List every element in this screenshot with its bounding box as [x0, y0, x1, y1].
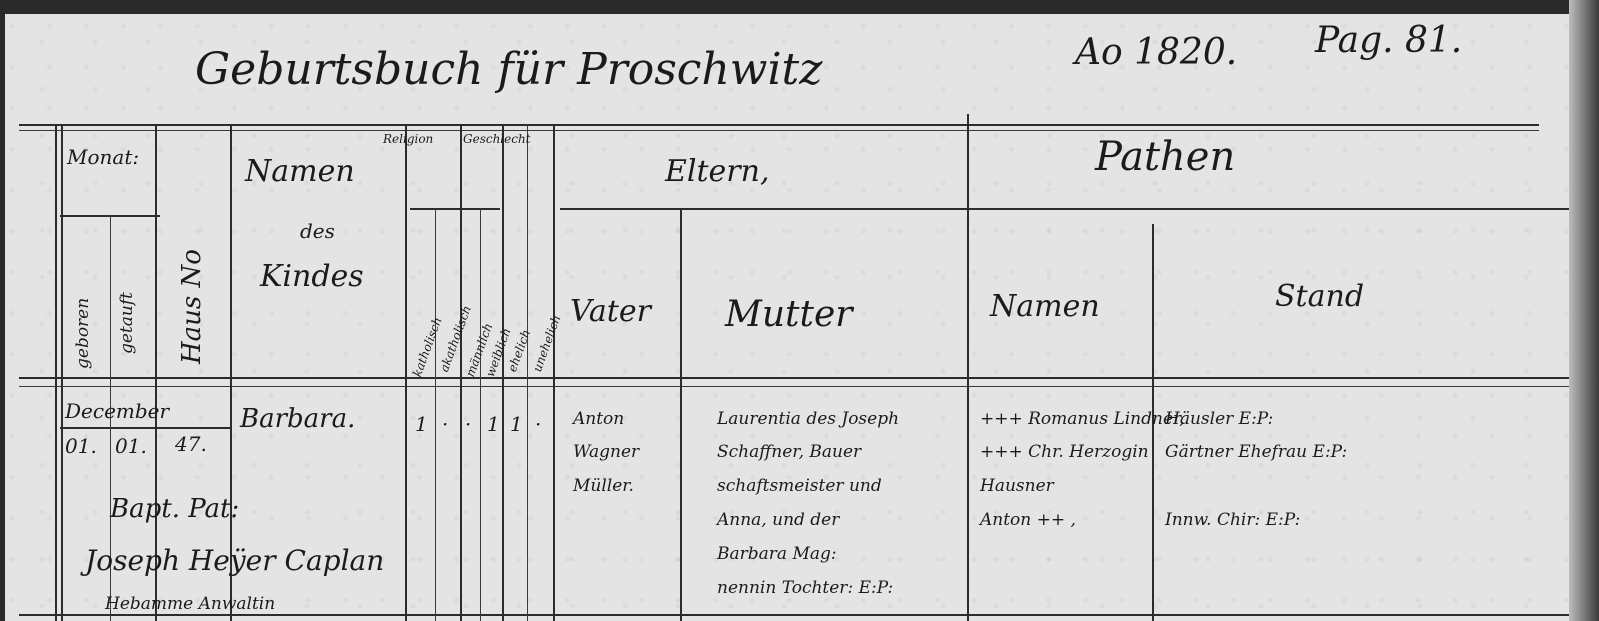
- des-header: des: [300, 219, 335, 243]
- getauft-header: getauft: [117, 292, 137, 354]
- header-bottom-rule: [19, 377, 1579, 379]
- monat-header: Monat:: [67, 142, 147, 172]
- page-label: Pag. 81.: [1315, 20, 1462, 61]
- eltern-header: Eltern,: [665, 154, 770, 189]
- vater-header: Vater: [570, 294, 651, 329]
- entry-child-name: Barbara.: [240, 404, 355, 434]
- mother-line-2: Schaffner, Bauer: [717, 442, 861, 462]
- register-title: Geburtsbuch für Proschwitz: [195, 44, 822, 95]
- pathen-header: Pathen: [1095, 134, 1235, 180]
- kindes-header: Kindes: [260, 259, 364, 294]
- year-label: Ao 1820.: [1075, 32, 1237, 73]
- entry-month: December: [65, 399, 169, 423]
- header-top-rule: [19, 124, 1539, 126]
- register-page: Geburtsbuch für Proschwitz Ao 1820. Pag.…: [5, 14, 1573, 621]
- pathen-stand-header: Stand: [1275, 279, 1364, 314]
- sub-col-unehelich: unehelich: [530, 313, 564, 374]
- mark-katholisch: 1: [415, 412, 428, 436]
- religion-header: Religion: [383, 132, 433, 146]
- baptized-by-label: Bapt. Pat:: [110, 494, 239, 524]
- col-rule: [527, 124, 528, 621]
- col-rule: [480, 208, 481, 621]
- godparent-name-3: Hausner: [980, 476, 1054, 496]
- mark-maennlich: ·: [465, 412, 471, 436]
- mark-weiblich: 1: [487, 412, 500, 436]
- col-rule: [61, 124, 63, 621]
- entry-bottom-rule: [19, 614, 1579, 616]
- mother-line-4: Anna, und der: [717, 510, 839, 530]
- pathen-namen-header: Namen: [990, 289, 1100, 324]
- header-bottom-rule-2: [19, 386, 1579, 387]
- entry-born-day: 01.: [65, 434, 97, 458]
- baptized-by-line2: Hebamme Anwaltin: [105, 594, 275, 614]
- religion-sub-rule: [410, 208, 500, 210]
- col-rule: [553, 124, 555, 621]
- col-rule: [967, 114, 969, 621]
- mark-unehelich: ·: [535, 412, 541, 436]
- geschlecht-header: Geschlecht: [463, 132, 531, 146]
- mother-line-3: schaftsmeister und: [717, 476, 882, 496]
- eltern-pathen-sub-rule: [560, 208, 1570, 210]
- godparent-name-1: +++ Romanus Lindner,: [980, 409, 1185, 429]
- mother-line-5: Barbara Mag:: [717, 544, 837, 564]
- mark-ehelich: 1: [510, 412, 523, 436]
- mutter-header: Mutter: [725, 294, 853, 335]
- godparent-status-2: Gärtner Ehefrau E:P:: [1165, 442, 1347, 462]
- col-rule: [460, 124, 462, 621]
- page-binding-edge: [1569, 0, 1599, 621]
- father-line-2: Wagner: [573, 442, 639, 462]
- col-rule: [435, 208, 436, 621]
- col-rule: [405, 124, 407, 621]
- haus-nr-header: Haus No: [177, 249, 207, 364]
- col-rule: [55, 124, 57, 621]
- header-top-rule-2: [19, 130, 1539, 131]
- entry-house-no: 47.: [175, 432, 207, 456]
- godparent-status-1: Häusler E:P:: [1165, 409, 1273, 429]
- col-rule: [680, 208, 682, 621]
- mother-line-6: nennin Tochter: E:P:: [717, 578, 893, 598]
- father-line-3: Müller.: [573, 476, 634, 496]
- baptized-by: Joseph Heÿer Caplan: [85, 544, 384, 577]
- mark-akatholisch: ·: [442, 412, 448, 436]
- entry-baptized-day: 01.: [115, 434, 147, 458]
- geboren-header: geboren: [73, 298, 93, 369]
- godparent-name-4: Anton ++ ,: [980, 510, 1076, 530]
- namen-header: Namen: [245, 154, 355, 189]
- father-line-1: Anton: [573, 409, 624, 429]
- godparent-name-2: +++ Chr. Herzogin: [980, 442, 1149, 462]
- month-row-rule: [60, 427, 230, 429]
- col-rule: [502, 124, 504, 621]
- godparent-status-4: Innw. Chir: E:P:: [1165, 510, 1300, 530]
- mother-line-1: Laurentia des Joseph: [717, 409, 899, 429]
